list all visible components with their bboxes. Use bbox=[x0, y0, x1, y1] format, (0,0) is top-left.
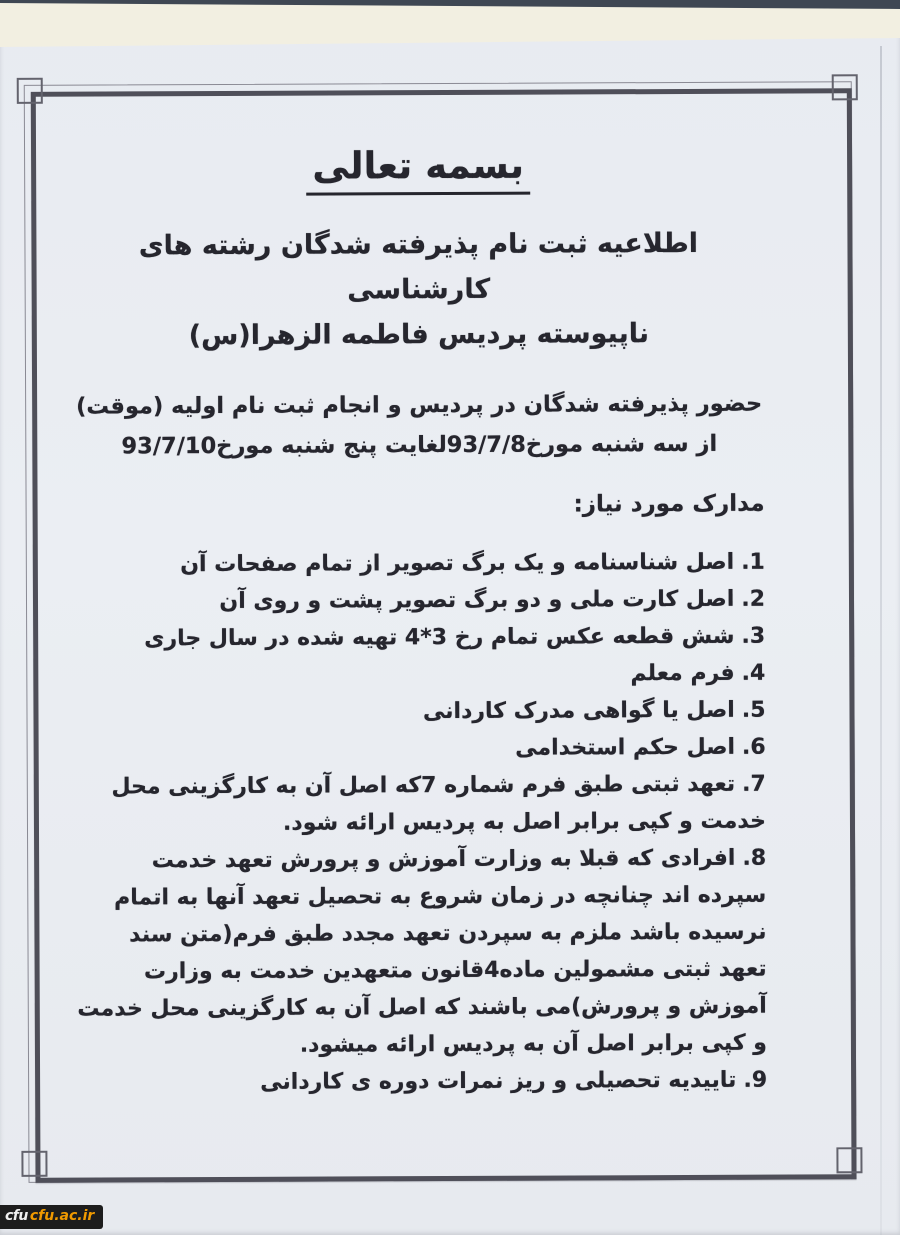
list-item: 2.اصل کارت ملی و دو برگ تصویر پشت و روی … bbox=[75, 580, 765, 620]
item-number: 4. bbox=[742, 660, 766, 685]
item-number: 9. bbox=[743, 1067, 767, 1092]
item-text: شش قطعه عکس تمام رخ 3*4 تهیه شده در سال … bbox=[144, 623, 734, 651]
watermark: cfu cfu.ac.ir bbox=[0, 1205, 103, 1229]
item-number: 3. bbox=[741, 623, 765, 648]
list-item: 9.تاییدیه تحصیلی و ریز نمرات دوره ی کارد… bbox=[77, 1061, 767, 1101]
intro-paragraph: حضور پذیرفته شدگان در پردیس و انجام ثبت … bbox=[74, 384, 764, 467]
notice-title-line2: ناپیوسته پردیس فاطمه الزهرا(س) bbox=[74, 311, 764, 359]
list-item: 3.شش قطعه عکس تمام رخ 3*4 تهیه شده در سا… bbox=[75, 617, 765, 657]
item-text: اصل شناسنامه و یک برگ تصویر از تمام صفحا… bbox=[180, 549, 734, 576]
requirements-list: 1.اصل شناسنامه و یک برگ تصویر از تمام صف… bbox=[75, 543, 767, 1101]
notice-title-line1: اطلاعیه ثبت نام پذیرفته شدگان رشته های ک… bbox=[73, 221, 763, 314]
frame-corner-ornament-top-left bbox=[17, 78, 43, 104]
item-number: 8. bbox=[742, 845, 766, 870]
list-item: 7.تعهد ثبتی طبق فرم شماره 7که اصل آن به … bbox=[76, 765, 766, 842]
item-number: 5. bbox=[742, 697, 766, 722]
notice-title: اطلاعیه ثبت نام پذیرفته شدگان رشته های ک… bbox=[73, 221, 764, 359]
item-text: اصل کارت ملی و دو برگ تصویر پشت و روی آن bbox=[219, 586, 734, 613]
item-text: تاییدیه تحصیلی و ریز نمرات دوره ی کاردان… bbox=[260, 1067, 736, 1094]
item-number: 1. bbox=[741, 549, 765, 574]
item-text: فرم معلم bbox=[630, 660, 734, 685]
item-number: 6. bbox=[742, 734, 766, 759]
list-item: 4.فرم معلم bbox=[75, 654, 765, 694]
frame-corner-ornament-bottom-right bbox=[836, 1147, 862, 1173]
item-text: افرادی که قبلا به وزارت آموزش و پرورش تع… bbox=[77, 845, 767, 1057]
item-number: 7. bbox=[742, 771, 766, 796]
item-text: اصل حکم استخدامی bbox=[515, 734, 735, 760]
item-number: 2. bbox=[741, 586, 765, 611]
scanned-page: بسمه تعالی اطلاعیه ثبت نام پذیرفته شدگان… bbox=[0, 0, 900, 1235]
list-item: 8.افرادی که قبلا به وزارت آموزش و پرورش … bbox=[76, 839, 767, 1064]
list-item: 6.اصل حکم استخدامی bbox=[76, 728, 766, 768]
list-item: 1.اصل شناسنامه و یک برگ تصویر از تمام صف… bbox=[75, 543, 765, 583]
frame-corner-ornament-top-right bbox=[832, 74, 858, 100]
bismillah-heading: بسمه تعالی bbox=[73, 135, 763, 198]
watermark-logo: cfu bbox=[5, 1205, 28, 1228]
bismillah-text: بسمه تعالی bbox=[306, 144, 530, 196]
item-text: اصل یا گواهی مدرک کاردانی bbox=[423, 697, 735, 723]
document-content: بسمه تعالی اطلاعیه ثبت نام پذیرفته شدگان… bbox=[73, 135, 767, 1102]
page-tilt-wrapper: بسمه تعالی اطلاعیه ثبت نام پذیرفته شدگان… bbox=[0, 0, 900, 1235]
item-text: تعهد ثبتی طبق فرم شماره 7که اصل آن به کا… bbox=[111, 771, 766, 835]
watermark-site: cfu.ac.ir bbox=[30, 1205, 94, 1228]
list-item: 5.اصل یا گواهی مدرک کاردانی bbox=[75, 691, 765, 731]
frame-corner-ornament-bottom-left bbox=[21, 1151, 47, 1177]
requirements-heading: مدارک مورد نیاز: bbox=[75, 486, 765, 523]
